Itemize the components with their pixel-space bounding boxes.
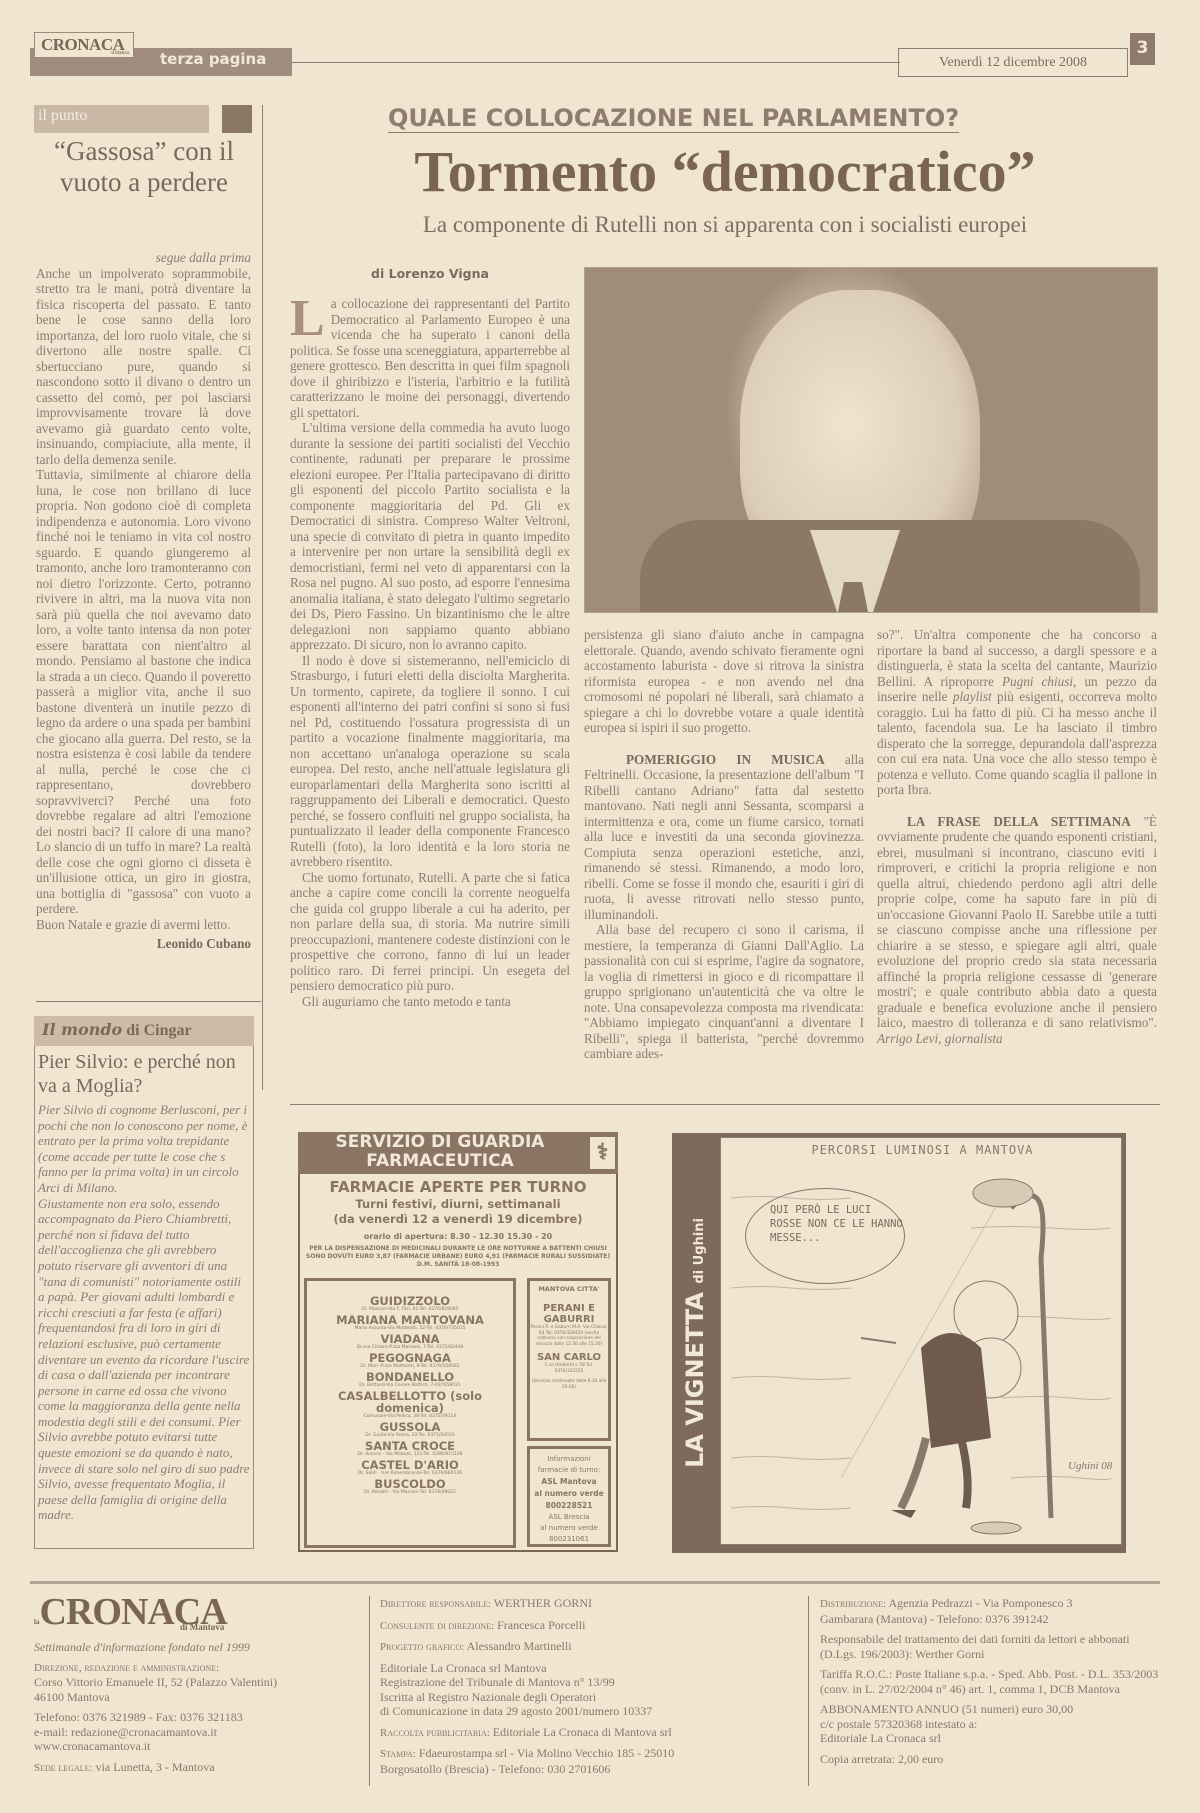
pharmacy-item: GUIDIZZOLODr. Mancari-Via F. Filzi, 81-T…	[307, 1295, 513, 1313]
footer-line: Responsabile del trattamento dei dati fo…	[820, 1632, 1160, 1661]
footer-logo: laCRONACA	[34, 1592, 227, 1642]
pharmacy-address: Perani R. e Gaburri M.A. Via Chiassi, 64…	[530, 1325, 608, 1347]
asl-brescia: ASL Brescia	[530, 1512, 608, 1523]
pharmacy-name: SAN CARLO	[530, 1352, 608, 1363]
footer-value: Editoriale La Cronaca di Mantova srl	[490, 1725, 672, 1739]
info-line: farmacie di turno:	[530, 1465, 608, 1476]
pharmacy-name: CASALBELLOTTO (solo domenica)	[307, 1390, 513, 1414]
info-line: Informazioni	[530, 1454, 608, 1465]
pharmacy-name: CASTEL D'ARIO	[307, 1459, 513, 1471]
musica-paragraph: Alla base del recupero ci sono il carism…	[584, 922, 864, 1062]
vignetta-author: di Ughini	[692, 1218, 707, 1284]
il-punto-paragraph: Tuttavia, similmente al chiarore della l…	[36, 467, 251, 917]
footer-phone: Telefono: 0376 321989 - Fax: 0376 321183	[34, 1710, 364, 1725]
footer-value: Agenzia Pedrazzi - Via Pomponesco 3	[886, 1596, 1072, 1610]
speech-bubble: QUI PERÒ LE LUCI ROSSE NON CE LE HANNO M…	[745, 1188, 905, 1284]
pharmacy-name: BUSCOLDO	[307, 1478, 513, 1490]
footer-value: Francesca Porcelli	[494, 1618, 585, 1632]
cingar-paragraph: Pier Silvio di cognome Berlusconi, per i…	[38, 1102, 250, 1196]
cingar-paragraph: Giustamente non era solo, essendo accomp…	[38, 1196, 250, 1523]
asl-mantova: ASL Mantova	[541, 1477, 596, 1486]
toll-free-number: 800231061	[530, 1534, 608, 1545]
footer-label: Sede legale:	[34, 1762, 93, 1774]
pharmacy-item: MARIANA MANTOVANAMaria Assunta-Via Matte…	[307, 1314, 513, 1332]
pharmacy-item: CASTEL D'ARIODr. Soldi - V.le Rimembranz…	[307, 1459, 513, 1477]
pharmacy-subtitle: FARMACIE APERTE PER TURNO	[300, 1178, 616, 1196]
il-punto-square	[222, 105, 252, 133]
footer-col-3: Distribuzione: Agenzia Pedrazzi - Via Po…	[820, 1596, 1160, 1766]
article-paragraph: Gli auguriamo che tanto metodo e tanta	[290, 994, 570, 1010]
il-punto-author: Leonido Cubano	[36, 936, 251, 952]
pharmacy-address: Dr. Renatti - Via Marconi-Tel. 0376/4802…	[307, 1490, 513, 1496]
footer-col-1: Settimanale d'informazione fondato nel 1…	[34, 1640, 364, 1775]
article-paragraph: La collocazione dei rappresentanti del P…	[290, 296, 570, 420]
article-column-1: La collocazione dei rappresentanti del P…	[290, 296, 570, 1009]
cingar-label: Il mondo di Cingar	[42, 1020, 192, 1040]
article-headline: Tormento “democratico”	[285, 140, 1165, 204]
song-title: Pugni chiusi	[1002, 674, 1073, 689]
pharmacy-note: PER LA DISPENSAZIONE DI MEDICINALI DURAN…	[302, 1245, 614, 1269]
footer-col-2: Direttore responsabile: WERTHER GORNI Co…	[380, 1596, 800, 1776]
page-number: 3	[1130, 33, 1155, 65]
footer-subscription: ABBONAMENTO ANNUO (51 numeri) euro 30,00	[820, 1702, 1160, 1717]
footer-line: Editoriale La Cronaca srl	[820, 1731, 1160, 1746]
pharmacy-address: C.so Umberto I, 58 Tel. 0376/325255	[530, 1363, 608, 1374]
pharmacy-info-box: Informazioni farmacie di turno: ASL Mant…	[527, 1446, 611, 1547]
main-divider	[290, 1104, 1160, 1105]
segue-dalla-prima: segue dalla prima	[36, 250, 251, 266]
header-rule	[292, 62, 900, 63]
pharmacy-item: BONDANELLODr. Bottardi-Via Cesare Battis…	[307, 1371, 513, 1389]
footer-line: Borgosatollo (Brescia) - Telefono: 030 2…	[380, 1762, 800, 1777]
footer-value: Alessandro Martinelli	[464, 1639, 571, 1653]
footer-direttore: Direttore responsabile: WERTHER GORNI	[380, 1596, 800, 1612]
footer-line: Tariffa R.O.C.: Poste Italiane s.p.a. - …	[820, 1667, 1160, 1696]
pharmacy-item: VIADANADr.ssa Cistaro-P.zza Manzoni, 7-T…	[307, 1333, 513, 1351]
footer-label: Direzione, redazione e amministrazione:	[34, 1661, 364, 1676]
article-kicker: QUALE COLLOCAZIONE NEL PARLAMENTO?	[388, 104, 959, 133]
footer-tagline: Settimanale d'informazione fondato nel 1…	[34, 1640, 364, 1655]
masthead-logo: CRONACAdi Mantova	[34, 32, 134, 58]
footer-line: Iscritta al Registro Nazionale degli Ope…	[380, 1690, 800, 1705]
musica-text: più esigenti, occorreva molto coraggio. …	[877, 689, 1157, 797]
pharmacy-item: BUSCOLDODr. Renatti - Via Marconi-Tel. 0…	[307, 1478, 513, 1496]
cingar-body: Pier Silvio di cognome Berlusconi, per i…	[38, 1102, 250, 1523]
footer-value: WERTHER GORNI	[491, 1596, 592, 1610]
footer-value: via Lunetta, 3 - Mantova	[93, 1760, 215, 1774]
footer-sede: Sede legale: via Lunetta, 3 - Mantova	[34, 1760, 364, 1776]
footer-logo-sub: di Mantova	[180, 1622, 224, 1632]
footer-column-rule	[369, 1596, 370, 1786]
footer-line: Gambarara (Mantova) - Telefono: 0376 391…	[820, 1612, 1160, 1627]
pharmacy-name: VIADANA	[307, 1333, 513, 1345]
pharmacy-name: BONDANELLO	[307, 1371, 513, 1383]
info-line: al numero verde	[534, 1489, 603, 1498]
frase-paragraph: LA FRASE DELLA SETTIMANA "È ovviamente p…	[877, 814, 1157, 1047]
pharmacy-item: PEGOGNAGADr. Mori -P.zza Matteotti, 8-Te…	[307, 1352, 513, 1370]
pharmacy-item: SANTA CROCEDr. Accorsi - Via Milazzo, 12…	[307, 1440, 513, 1458]
pharmacy-shifts: Turni festivi, diurni, settimanali (da v…	[300, 1197, 616, 1227]
left-column-divider	[36, 1001, 261, 1002]
vignetta-title: LA VIGNETTA	[681, 1292, 709, 1468]
cartoon-signature: Ughini 08	[1068, 1460, 1112, 1472]
pharmacy-shifts-text: Turni festivi, diurni, settimanali	[300, 1197, 616, 1212]
article-paragraph: L'ultima versione della commedia ha avut…	[290, 420, 570, 653]
frase-attribution: Arrigo Levi, giornalista	[877, 1031, 1003, 1046]
pharmacy-item: CASALBELLOTTO (solo domenica)Comunale-Vi…	[307, 1390, 513, 1420]
footer-label: Stampa:	[380, 1748, 416, 1760]
pharmacy-city-heading: MANTOVA CITTA'	[530, 1285, 608, 1293]
masthead-logo-small: di Mantova	[111, 51, 129, 56]
article-column-3: so?". Un'altra componente che ha concors…	[877, 627, 1157, 1046]
section-name: terza pagina	[160, 50, 266, 68]
cingar-label-rest: di Cingar	[122, 1022, 191, 1039]
article-paragraph: Il nodo è dove si sistemeranno, nell'emi…	[290, 653, 570, 870]
il-punto-paragraph: Buon Natale e grazie di avermi letto.	[36, 917, 251, 933]
vignetta-label: LA VIGNETTA di Ughini	[672, 1133, 718, 1553]
pharmacy-title: SERVIZIO DI GUARDIA FARMACEUTICA	[305, 1133, 575, 1171]
frase-lead: LA FRASE DELLA SETTIMANA	[907, 814, 1131, 829]
footer-address: 46100 Mantova	[34, 1690, 364, 1705]
info-line: al numero verde	[530, 1523, 608, 1534]
footer-rule	[30, 1581, 1160, 1584]
footer-website[interactable]: www.cronacamantova.it	[34, 1739, 364, 1754]
footer-distribuzione: Distribuzione: Agenzia Pedrazzi - Via Po…	[820, 1596, 1160, 1612]
musica-text: alla Feltrinelli. Occasione, la presenta…	[584, 752, 864, 922]
drop-cap: L	[290, 298, 325, 340]
column-rule	[262, 105, 263, 1090]
footer-value: Fdaeurostampa srl - Via Molino Vecchio 1…	[416, 1746, 674, 1760]
footer-back-issue: Copia arretrata: 2,00 euro	[820, 1752, 1160, 1767]
footer-label: Direttore responsabile:	[380, 1598, 491, 1610]
article-subhead: La componente di Rutelli non si apparent…	[285, 212, 1165, 238]
footer-address: Corso Vittorio Emanuele II, 52 (Palazzo …	[34, 1675, 364, 1690]
il-punto-body: segue dalla prima Anche un impolverato s…	[36, 250, 251, 952]
footer-email[interactable]: e-mail: redazione@cronacamantova.it	[34, 1725, 364, 1740]
pharmacy-name: GUIDIZZOLO	[307, 1295, 513, 1307]
il-punto-label: il punto	[38, 107, 87, 125]
article-byline: di Lorenzo Vigna	[290, 266, 570, 281]
issue-date: Venerdì 12 dicembre 2008	[898, 48, 1128, 77]
footer-label: Distribuzione:	[820, 1598, 886, 1610]
footer-label: Consulente di direzione:	[380, 1620, 494, 1632]
pharmacy-name: MARIANA MANTOVANA	[307, 1314, 513, 1326]
footer-stampa: Stampa: Fdaeurostampa srl - Via Molino V…	[380, 1746, 800, 1762]
pharmacy-period: (da venerdì 12 a venerdì 19 dicembre)	[300, 1212, 616, 1227]
footer-progetto: Progetto grafico: Alessandro Martinelli	[380, 1639, 800, 1655]
pharmacy-name: PERANI E GABURRI	[530, 1303, 608, 1325]
footer-consulente: Consulente di direzione: Francesca Porce…	[380, 1618, 800, 1634]
footer-line: Editoriale La Cronaca srl Mantova	[380, 1661, 800, 1676]
pharmacy-city-box: MANTOVA CITTA' PERANI E GABURRI Perani R…	[527, 1278, 611, 1441]
pharmacy-name: SANTA CROCE	[307, 1440, 513, 1452]
caduceus-icon: ⚕	[590, 1137, 615, 1169]
frase-text: "È ovviamente prudente che quando espone…	[877, 814, 1157, 1031]
footer-label: Progetto grafico:	[380, 1641, 464, 1653]
article-column-2: persistenza gli siano d'aiuto anche in c…	[584, 627, 864, 1062]
footer-label: Raccolta pubblicitaria:	[380, 1727, 490, 1739]
playlist-word: playlist	[953, 689, 992, 704]
musica-paragraph: POMERIGGIO IN MUSICA alla Feltrinelli. O…	[584, 752, 864, 923]
cingar-label-italic: Il mondo	[42, 1020, 122, 1039]
article-paragraph-text: a collocazione dei rappresentanti del Pa…	[290, 296, 570, 420]
il-punto-paragraph: Anche un impolverato soprammobile, stret…	[36, 266, 251, 468]
cartoon-caption: PERCORSI LUMINOSI A MANTOVA	[725, 1143, 1120, 1157]
pharmacy-name: PEGOGNAGA	[307, 1352, 513, 1364]
il-punto-title: “Gassosa” con il vuoto a perdere	[34, 136, 254, 198]
cingar-title: Pier Silvio: e perché non va a Moglia?	[38, 1050, 250, 1098]
pharmacy-hours: orario di apertura: 8.30 - 12.30 15.30 -…	[300, 1232, 616, 1241]
toll-free-number: 800228521	[546, 1501, 593, 1510]
musica-paragraph: so?". Un'altra componente che ha concors…	[877, 627, 1157, 798]
musica-lead: POMERIGGIO IN MUSICA	[626, 752, 825, 767]
pharmacy-service-note: (Servizio continuato dalle 8.30 alle 20.…	[530, 1379, 608, 1390]
footer-line: di Comunicazione in data 29 agosto 2001/…	[380, 1704, 800, 1719]
footer-column-rule	[808, 1596, 809, 1786]
article-paragraph: Che uomo fortunato, Rutelli. A parte che…	[290, 870, 570, 994]
footer-line: Registrazione del Tribunale di Mantova n…	[380, 1675, 800, 1690]
pharmacy-name: GUSSOLA	[307, 1421, 513, 1433]
pharmacy-item: GUSSOLADr. Guida-Via Roma, 22-Tel. 0375/…	[307, 1421, 513, 1439]
footer-raccolta: Raccolta pubblicitaria: Editoriale La Cr…	[380, 1725, 800, 1741]
pharmacy-province-list: GUIDIZZOLODr. Mancari-Via F. Filzi, 81-T…	[304, 1278, 516, 1548]
article-paragraph: persistenza gli siano d'aiuto anche in c…	[584, 627, 864, 736]
footer-line: c/c postale 57320368 intestato a:	[820, 1717, 1160, 1732]
